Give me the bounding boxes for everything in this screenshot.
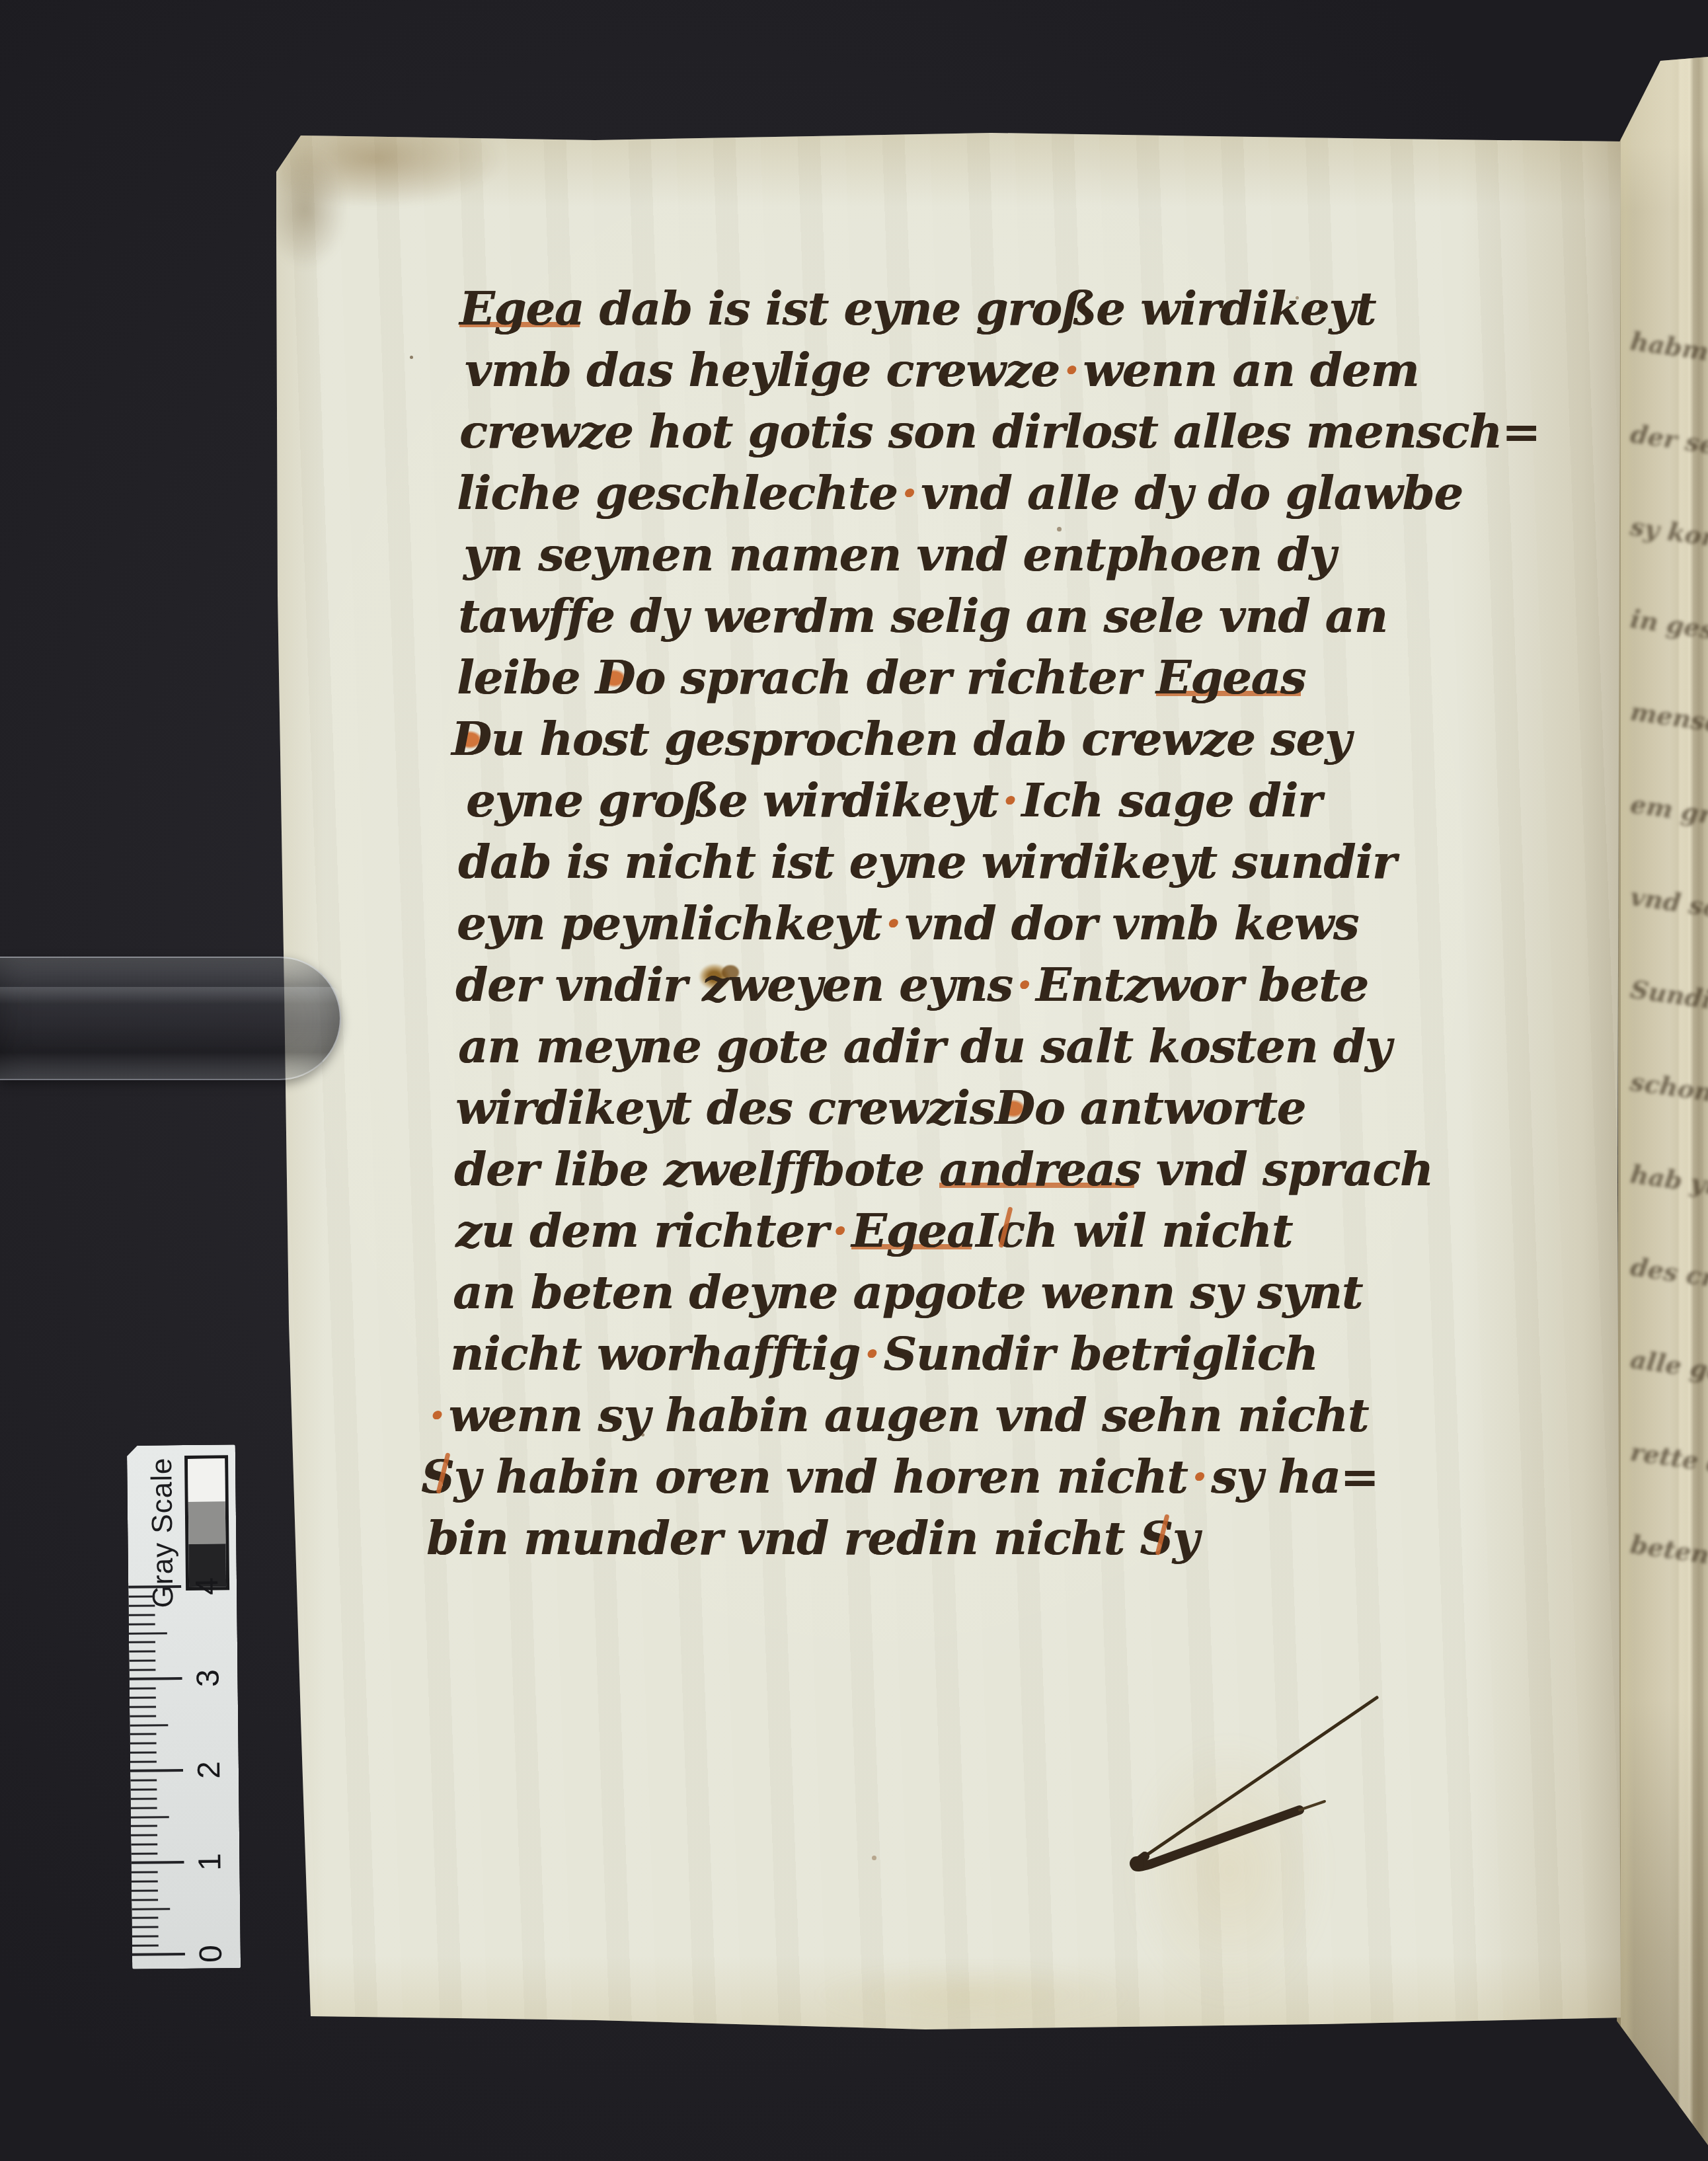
facing-page-text-fragment: der sele b: [1629, 421, 1708, 463]
text-line: tawffe dy werdm selig an sele vnd an: [458, 585, 1398, 647]
text-line: an meyne gote adir du salt kosten dy: [458, 1015, 1398, 1077]
rubric-segment: Sy: [1140, 1511, 1198, 1565]
text-segment: sy ha=: [1211, 1449, 1378, 1504]
ruler: 43210: [128, 1586, 241, 1955]
gray-scale-card: Gray Scale 43210: [127, 1444, 241, 1969]
text-segment: wil nicht: [1058, 1203, 1293, 1258]
ruler-tick: [131, 1834, 157, 1836]
text-segment: Entzwor bete: [1036, 957, 1368, 1012]
ruler-tick: [131, 1816, 169, 1819]
facing-page-text-fragment: vnd so wor: [1629, 884, 1708, 926]
text-line: wirdikeyt des crewzisDo antworte: [455, 1077, 1398, 1138]
ruler-tick: [129, 1651, 155, 1653]
ruler-tick: [132, 1871, 158, 1873]
text-segment: crewze hot gotis son dirlost alles mensc…: [459, 404, 1540, 459]
facing-page-text-fragment: beten nakt: [1629, 1532, 1708, 1574]
rubric-segment: ·: [1013, 957, 1036, 1012]
ruler-tick: [128, 1604, 155, 1606]
text-line: bin munder vnd redin nicht Sy: [426, 1507, 1398, 1569]
text-segment: vnd alle dy do glawbe: [921, 465, 1463, 520]
text-segment: eyne große wirdikeyt: [466, 773, 998, 828]
pen-flourish-blob: [1130, 1856, 1144, 1871]
pen-flourish-tip: [1300, 1801, 1325, 1810]
ruler-tick: [132, 1908, 170, 1910]
fox-specks: [410, 356, 413, 359]
ruler-tick: [132, 1926, 158, 1928]
rubric-segment: ·: [898, 465, 921, 520]
ruler-number: 1: [194, 1846, 227, 1878]
ruler-tick: [128, 1585, 181, 1589]
rubric-segment: ·: [828, 1203, 851, 1258]
text-segment: bin munder vnd redin nicht: [426, 1511, 1140, 1565]
text-line: Egea dab is ist eyne große wirdikeyt: [459, 278, 1398, 339]
rubric-segment: Egea: [459, 281, 584, 336]
facing-page-text-fragment: habm gest: [1629, 329, 1708, 371]
ruler-tick: [131, 1825, 157, 1827]
page-holder-clip: [0, 957, 341, 1080]
ruler-tick: [130, 1733, 156, 1735]
page-stain-left-corner: [271, 151, 370, 296]
rubric-segment: Du: [451, 711, 524, 766]
text-line: an beten deyne apgote wenn sy synt: [453, 1261, 1398, 1323]
text-line: leibe Do sprach der richter Egeas: [457, 647, 1398, 708]
text-segment: eyn peynlichkeyt: [457, 896, 881, 951]
text-segment: an beten deyne apgote wenn sy synt: [453, 1265, 1362, 1319]
rubric-segment: ·: [1188, 1449, 1211, 1504]
ruler-tick: [129, 1623, 155, 1625]
pen-flourish-hook-stroke: [1136, 1810, 1300, 1867]
ruler-tick: [130, 1769, 183, 1772]
ruler-tick: [132, 1880, 158, 1882]
text-line: yn seynen namen vnd entphoen dy: [463, 524, 1398, 585]
photo-background: habm gestder sele bsy komen tin geschehm…: [0, 0, 1708, 2161]
facing-page-text-fragment: menschn g: [1629, 699, 1708, 741]
ruler-tick: [129, 1669, 155, 1671]
text-segment: wenn sy habin augen vnd sehn nicht: [448, 1388, 1368, 1442]
ruler-tick: [131, 1807, 157, 1809]
text-line: Sy habin oren vnd horen nicht·sy ha=: [421, 1446, 1398, 1507]
ruler-tick: [130, 1677, 182, 1680]
ruler-tick: [131, 1861, 184, 1864]
ruler-tick: [132, 1953, 185, 1956]
text-line: vmb das heylige crewze·wenn an dem: [465, 339, 1398, 401]
text-segment: zu dem richter: [455, 1203, 828, 1258]
text-line: liche geschlechte·vnd alle dy do glawbe: [457, 462, 1398, 524]
text-line: der vndir zweyen eyns·Entzwor bete: [455, 954, 1398, 1015]
text-segment: tawffe dy werdm selig an sele vnd an: [458, 588, 1387, 643]
ruler-tick: [130, 1752, 157, 1754]
rubric-segment: ·: [998, 773, 1021, 828]
ruler-tick: [129, 1614, 155, 1616]
text-segment: habin oren vnd horen nicht: [480, 1449, 1187, 1504]
text-segment: an meyne gote adir du salt kosten dy: [458, 1019, 1391, 1074]
pen-flourish-long-stroke: [1145, 1698, 1377, 1856]
clip-sheen: [0, 987, 340, 1004]
ruler-tick: [130, 1715, 156, 1717]
text-line: Du host gesprochen dab crewze sey: [451, 708, 1398, 769]
text-segment: host gesprochen dab crewze sey: [524, 711, 1351, 766]
ruler-tick: [130, 1706, 156, 1708]
facing-page-edge-highlight: [1675, 53, 1704, 2161]
facing-page-text-fragment: alle geschl: [1629, 1347, 1708, 1389]
text-segment: der vndir zweyen eyns: [455, 957, 1013, 1012]
main-page: Egea dab is ist eyne große wirdikeytvmb …: [271, 131, 1623, 2031]
facing-page-text-fragment: rette do yn: [1629, 1439, 1708, 1481]
text-segment: leibe: [457, 650, 596, 705]
text-segment: liche geschlechte: [457, 465, 898, 520]
ruler-tick: [130, 1779, 157, 1781]
rubric-segment: andreas: [939, 1142, 1140, 1197]
ruler-tick: [131, 1844, 157, 1846]
ruler-tick: [129, 1641, 155, 1643]
water-stain: [1091, 1704, 1368, 2074]
ruler-tick: [132, 1889, 158, 1891]
rubric-segment: Ich: [976, 1203, 1057, 1258]
text-line: eyne große wirdikeyt·Ich sage dir: [466, 769, 1398, 831]
ruler-tick: [130, 1687, 156, 1689]
text-line: nicht worhafftig·Sundir betriglich: [450, 1323, 1398, 1384]
rubric-segment: ·: [1060, 342, 1083, 397]
rubric-segment: Do: [995, 1080, 1064, 1135]
ruler-tick: [130, 1696, 156, 1698]
facing-page-text-fragment: schone dy: [1629, 1069, 1708, 1111]
text-line: der libe zwelffbote andreas vnd sprach: [454, 1138, 1398, 1200]
facing-page-text-fragment: des crewzis: [1629, 1254, 1708, 1296]
ruler-tick: [131, 1853, 157, 1855]
ruler-number: 2: [194, 1754, 226, 1786]
rubric-segment: Do: [596, 650, 665, 705]
text-segment: nicht worhafftig: [450, 1326, 860, 1381]
facing-page-text-fragment: sy komen t: [1629, 514, 1708, 556]
ruler-tick: [132, 1945, 159, 1947]
manuscript-text-block: Egea dab is ist eyne große wirdikeytvmb …: [459, 278, 1398, 1569]
page-stain-top-left: [278, 131, 555, 230]
ruler-number: 0: [196, 1938, 228, 1970]
facing-page: habm gestder sele bsy komen tin geschehm…: [1611, 53, 1708, 2161]
text-segment: wirdikeyt des crewzis: [455, 1080, 995, 1135]
text-segment: sprach der richter: [665, 650, 1156, 705]
text-segment: antworte: [1064, 1080, 1305, 1135]
rubric-segment: ·: [881, 896, 904, 951]
rubric-segment: Sy: [421, 1449, 480, 1504]
gray-patch: [188, 1501, 226, 1544]
ruler-tick: [130, 1724, 168, 1727]
text-line: crewze hot gotis son dirlost alles mensc…: [459, 401, 1398, 462]
text-line: zu dem richter·EgeaIch wil nicht: [455, 1200, 1398, 1261]
facing-page-text-fragment: in gescheh: [1629, 606, 1708, 648]
facing-page-text-fragment: Sundir och: [1629, 976, 1708, 1019]
ruler-tick: [130, 1788, 157, 1790]
rubric-segment: Egeas: [1156, 650, 1306, 705]
ruler-tick: [129, 1660, 155, 1662]
rubric-segment: ·: [860, 1326, 883, 1381]
facing-page-text-fragment: em großn: [1629, 791, 1708, 834]
text-segment: vnd sprach: [1140, 1142, 1432, 1197]
ruler-number: 4: [192, 1570, 224, 1602]
ruler-tick: [130, 1797, 157, 1799]
rubric-segment: ·: [425, 1388, 448, 1442]
text-segment: Ich sage dir: [1021, 773, 1321, 828]
text-segment: vmb das heylige crewze: [465, 342, 1060, 397]
ruler-number: 3: [192, 1662, 225, 1694]
text-segment: dab is ist eyne große wirdikeyt: [584, 281, 1376, 336]
text-segment: der libe zwelffbote: [454, 1142, 939, 1197]
facing-page-text-fragment: hab yn bro: [1629, 1161, 1708, 1204]
text-segment: Sundir betriglich: [883, 1326, 1317, 1381]
ruler-tick: [132, 1917, 158, 1919]
text-segment: dab is nicht ist eyne wirdikeyt sundir: [458, 834, 1396, 889]
ruler-tick: [132, 1899, 158, 1901]
white-patch: [188, 1458, 225, 1501]
bottom-stain: [760, 1962, 1183, 2028]
ruler-tick: [130, 1761, 157, 1763]
text-segment: yn seynen namen vnd entphoen dy: [463, 527, 1335, 582]
ruler-tick: [132, 1936, 159, 1938]
text-line: eyn peynlichkeyt·vnd dor vmb kews: [457, 892, 1398, 954]
text-segment: vnd dor vmb kews: [905, 896, 1359, 951]
ruler-tick: [128, 1595, 155, 1597]
rubric-segment: Egea: [851, 1203, 976, 1258]
text-line: dab is nicht ist eyne wirdikeyt sundir: [458, 831, 1398, 892]
text-line: ·wenn sy habin augen vnd sehn nicht: [425, 1384, 1398, 1446]
text-segment: wenn an dem: [1083, 342, 1418, 397]
ruler-tick: [129, 1632, 167, 1635]
ruler-tick: [130, 1743, 157, 1745]
